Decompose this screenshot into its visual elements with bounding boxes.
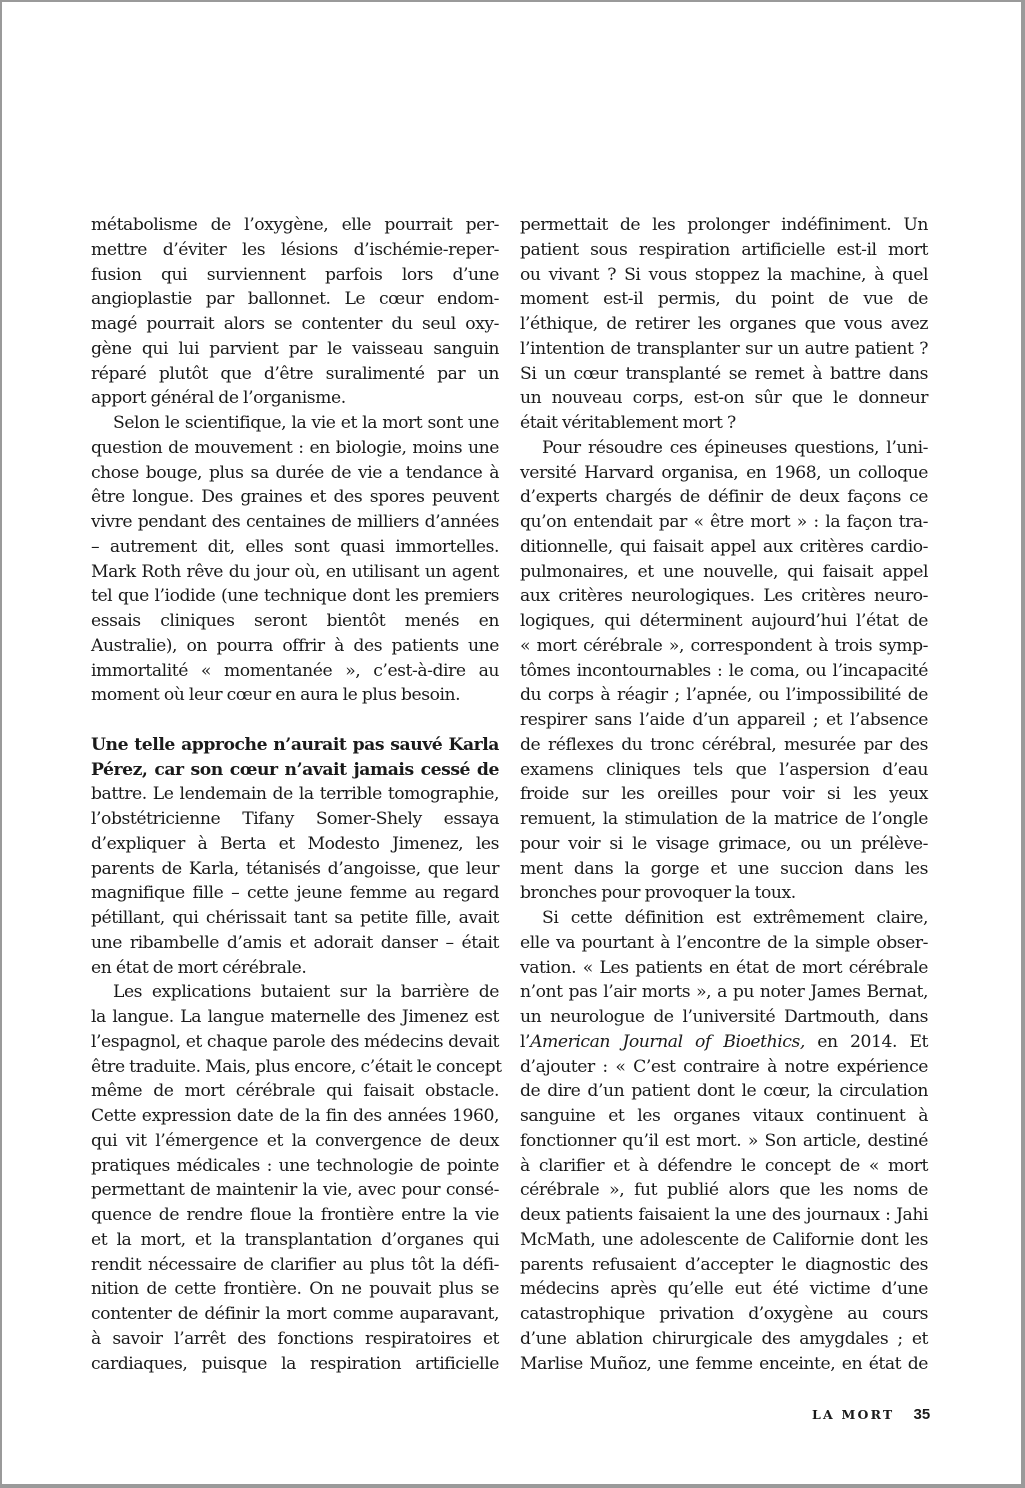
paragraph-line: moment est-il permis, du point de vue de (520, 287, 928, 312)
paragraph-line: apport général de l’organisme. (91, 386, 499, 411)
paragraph-line: chose bouge, plus sa durée de vie a tend… (91, 461, 499, 486)
paragraph-line: un neurologue de l’université Dartmouth,… (520, 1005, 928, 1030)
paragraph-line: magnifique fille – cette jeune femme au … (91, 881, 499, 906)
paragraph-line: une ribambelle d’amis et adorait danser … (91, 931, 499, 956)
paragraph-line: fusion qui surviennent parfois lors d’un… (91, 263, 499, 288)
paragraph-line: angioplastie par ballonnet. Le cœur endo… (91, 287, 499, 312)
paragraph-line: réparé plutôt que d’être suralimenté par… (91, 362, 499, 387)
paragraph-line: sanguine et les organes vitaux continuen… (520, 1104, 928, 1129)
paragraph-line: d’ajouter : « C’est contraire à notre ex… (520, 1055, 928, 1080)
paragraph-line: contenter de définir la mort comme aupar… (91, 1302, 499, 1327)
paragraph-line: l’espagnol, et chaque parole des médecin… (91, 1030, 499, 1055)
paragraph-line: pratiques médicales : une technologie de… (91, 1154, 499, 1179)
paragraph-line: et la mort, et la transplantation d’orga… (91, 1228, 499, 1253)
paragraph-line: vivre pendant des centaines de milliers … (91, 510, 499, 535)
paragraph-line: bronches pour provoquer la toux. (520, 881, 928, 906)
paragraph-line: de dire d’un patient dont le cœur, la ci… (520, 1079, 928, 1104)
paragraph-line: aux critères neurologiques. Les critères… (520, 584, 928, 609)
paragraph-line: nition de cette frontière. On ne pouvait… (91, 1277, 499, 1302)
section-break (91, 708, 499, 733)
paragraph-line: la langue. La langue maternelle des Jime… (91, 1005, 499, 1030)
paragraph-line: qui vit l’émergence et la convergence de… (91, 1129, 499, 1154)
paragraph-line: être longue. Des graines et des spores p… (91, 485, 499, 510)
paragraph-line: immortalité « momentanée », c’est-à-dire… (91, 659, 499, 684)
article-column-right: permettait de les prolonger indéfiniment… (520, 213, 928, 1376)
paragraph-line: de réflexes du tronc cérébral, mesurée p… (520, 733, 928, 758)
paragraph-line: était véritablement mort ? (520, 411, 928, 436)
paragraph-line: même de mort cérébrale qui faisait obsta… (91, 1079, 499, 1104)
paragraph-line: l’éthique, de retirer les organes que vo… (520, 312, 928, 337)
bold-lead-line: Une telle approche n’aurait pas sauvé Ka… (91, 733, 499, 758)
paragraph-line: elle va pourtant à l’encontre de la simp… (520, 931, 928, 956)
article-column-left: métabolisme de l’oxygène, elle pourrait … (91, 213, 499, 1376)
paragraph-line: fonctionner qu’il est mort. » Son articl… (520, 1129, 928, 1154)
magazine-page: métabolisme de l’oxygène, elle pourrait … (2, 2, 1021, 1484)
bold-lead-line: Pérez, car son cœur n’avait jamais cessé… (91, 758, 499, 783)
page-number: 35 (914, 1406, 931, 1423)
paragraph-line: permettait de les prolonger indéfiniment… (520, 213, 928, 238)
paragraph-line: versité Harvard organisa, en 1968, un co… (520, 461, 928, 486)
paragraph-line: l’intention de transplanter sur un autre… (520, 337, 928, 362)
paragraph-line: rendit nécessaire de clarifier au plus t… (91, 1253, 499, 1278)
paragraph-line: d’une ablation chirurgicale des amygdale… (520, 1327, 928, 1352)
paragraph-line: ou vivant ? Si vous stoppez la machine, … (520, 263, 928, 288)
paragraph-line: quence de rendre floue la frontière entr… (91, 1203, 499, 1228)
paragraph-line: respirer sans l’aide d’un appareil ; et … (520, 708, 928, 733)
paragraph-line: Les explications butaient sur la barrièr… (91, 980, 499, 1005)
paragraph-line: examens cliniques tels que l’aspersion d… (520, 758, 928, 783)
paragraph-line: catastrophique privation d’oxygène au co… (520, 1302, 928, 1327)
paragraph-line: Mark Roth rêve du jour où, en utilisant … (91, 560, 499, 585)
paragraph-line: à clarifier et à défendre le concept de … (520, 1154, 928, 1179)
paragraph-line: pétillant, qui chérissait tant sa petite… (91, 906, 499, 931)
paragraph-line: question de mouvement : en biologie, moi… (91, 436, 499, 461)
paragraph-line: tel que l’iodide (une technique dont les… (91, 584, 499, 609)
paragraph-line: Marlise Muñoz, une femme enceinte, en ét… (520, 1352, 928, 1377)
paragraph-line: Si cette définition est extrêmement clai… (520, 906, 928, 931)
paragraph-line: être traduite. Mais, plus encore, c’étai… (91, 1055, 499, 1080)
paragraph-line: du corps à réagir ; l’apnée, ou l’imposs… (520, 683, 928, 708)
paragraph-line: logiques, qui déterminent aujourd’hui l’… (520, 609, 928, 634)
paragraph-line: ment dans la gorge et une succion dans l… (520, 857, 928, 882)
paragraph-line: « mort cérébrale », correspondent à troi… (520, 634, 928, 659)
paragraph-line: – autrement dit, elles sont quasi immort… (91, 535, 499, 560)
paragraph-line: Australie), on pourra offrir à des patie… (91, 634, 499, 659)
paragraph-line: essais cliniques seront bientôt menés en (91, 609, 499, 634)
paragraph-line: froide sur les oreilles pour voir si les… (520, 782, 928, 807)
paragraph-line: métabolisme de l’oxygène, elle pourrait … (91, 213, 499, 238)
paragraph-line: gène qui lui parvient par le vaisseau sa… (91, 337, 499, 362)
paragraph-line: n’ont pas l’air morts », a pu noter Jame… (520, 980, 928, 1005)
paragraph-line: Si un cœur transplanté se remet à battre… (520, 362, 928, 387)
paragraph-line: qu’on entendait par « être mort » : la f… (520, 510, 928, 535)
paragraph-line: vation. « Les patients en état de mort c… (520, 956, 928, 981)
paragraph-line: Selon le scientifique, la vie et la mort… (91, 411, 499, 436)
citation-line: l’American Journal of Bioethics, en 2014… (520, 1030, 928, 1055)
paragraph-line: pulmonaires, et une nouvelle, qui faisai… (520, 560, 928, 585)
paragraph-line: ditionnelle, qui faisait appel aux critè… (520, 535, 928, 560)
paragraph-line: tômes incontournables : le coma, ou l’in… (520, 659, 928, 684)
citation-suffix: en 2014. Et (805, 1032, 928, 1052)
paragraph-line: McMath, une adolescente de Californie do… (520, 1228, 928, 1253)
paragraph-line: un nouveau corps, est-on sûr que le donn… (520, 386, 928, 411)
paragraph-line: pour voir si le visage grimace, ou un pr… (520, 832, 928, 857)
citation-prefix: l’ (520, 1032, 530, 1052)
paragraph-line: à savoir l’arrêt des fonctions respirato… (91, 1327, 499, 1352)
paragraph-line: deux patients faisaient la une des journ… (520, 1203, 928, 1228)
paragraph-line: cardiaques, puisque la respiration artif… (91, 1352, 499, 1377)
running-section-title: LA MORT (812, 1407, 894, 1422)
paragraph-line: Pour résoudre ces épineuses questions, l… (520, 436, 928, 461)
page-footer: LA MORT 35 (812, 1404, 930, 1423)
paragraph-line: parents de Karla, tétanisés d’angoisse, … (91, 857, 499, 882)
paragraph-line: patient sous respiration artificielle es… (520, 238, 928, 263)
journal-title: American Journal of Bioethics, (530, 1032, 805, 1052)
paragraph-line: d’expliquer à Berta et Modesto Jimenez, … (91, 832, 499, 857)
paragraph-line: l’obstétricienne Tifany Somer-Shely essa… (91, 807, 499, 832)
paragraph-line: parents refusaient d’accepter le diagnos… (520, 1253, 928, 1278)
paragraph-line: moment où leur cœur en aura le plus beso… (91, 683, 499, 708)
paragraph-line: d’experts chargés de définir de deux faç… (520, 485, 928, 510)
paragraph-line: remuent, la stimulation de la matrice de… (520, 807, 928, 832)
paragraph-line: mettre d’éviter les lésions d’ischémie-r… (91, 238, 499, 263)
paragraph-line: magé pourrait alors se contenter du seul… (91, 312, 499, 337)
paragraph-line: Cette expression date de la fin des anné… (91, 1104, 499, 1129)
paragraph-line: médecins après qu’elle eut été victime d… (520, 1277, 928, 1302)
paragraph-line: en état de mort cérébrale. (91, 956, 499, 981)
paragraph-line: cérébrale », fut publié alors que les no… (520, 1178, 928, 1203)
paragraph-line: battre. Le lendemain de la terrible tomo… (91, 782, 499, 807)
paragraph-line: permettant de maintenir la vie, avec pou… (91, 1178, 499, 1203)
